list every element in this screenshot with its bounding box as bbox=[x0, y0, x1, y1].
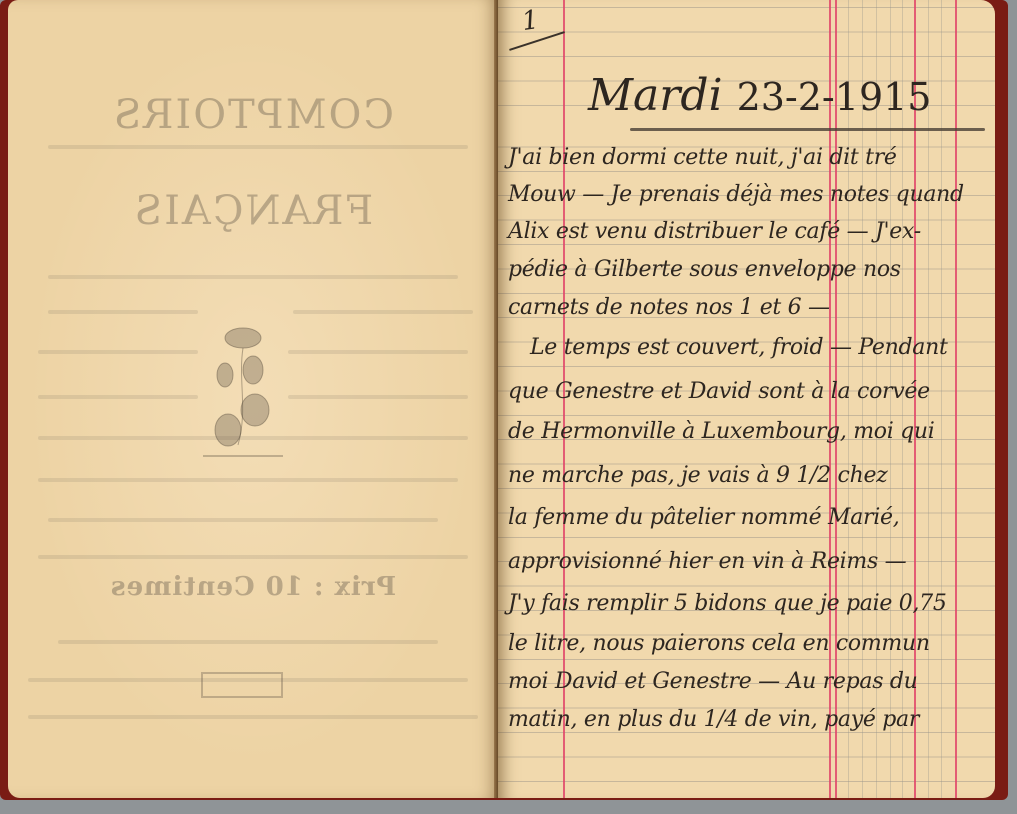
entry-line: de Hermonville à Luxembourg, moi qui bbox=[508, 420, 935, 444]
bleed-stamp-mark bbox=[201, 672, 283, 698]
bleed-text-line bbox=[28, 715, 478, 719]
entry-line: Le temps est couvert, froid — Pendant bbox=[530, 336, 948, 360]
bleed-text-line bbox=[38, 395, 198, 399]
entry-line: approvisionné hier en vin à Reims — bbox=[508, 550, 906, 574]
bleed-text-line bbox=[38, 478, 458, 482]
entry-line: carnets de notes nos 1 et 6 — bbox=[508, 296, 830, 320]
bleed-price-text: Prix : 10 Centimes bbox=[8, 572, 498, 602]
entry-line: ne marche pas, je vais à 9 1/2 chez bbox=[508, 464, 887, 488]
bleed-title-francais: FRANÇAIS bbox=[8, 188, 498, 234]
entry-heading: Mardi 23-2-1915 bbox=[588, 70, 931, 121]
bleed-text-line bbox=[38, 555, 468, 559]
entry-line: le litre, nous paierons cela en commun bbox=[508, 632, 930, 656]
bleed-text-line bbox=[48, 145, 468, 149]
left-page-bleed-through: COMPTOIRS FRANÇAIS Prix : 10 Centimes bbox=[8, 0, 498, 798]
bleed-text-line bbox=[48, 518, 438, 522]
bleed-text-line bbox=[58, 640, 438, 644]
entry-line: J'y fais remplir 5 bidons que je paie 0,… bbox=[508, 592, 947, 616]
entry-line: pédie à Gilberte sous enveloppe nos bbox=[508, 258, 901, 282]
entry-line: que Genestre et David sont à la corvée bbox=[508, 380, 930, 404]
floral-emblem-icon bbox=[203, 320, 283, 460]
entry-line: Mouw — Je prenais déjà mes notes quand bbox=[508, 183, 964, 207]
margin-rule-column bbox=[955, 0, 957, 798]
entry-line: la femme du pâtelier nommé Marié, bbox=[508, 506, 899, 530]
bleed-text-line bbox=[293, 310, 473, 314]
entry-line: moi David et Genestre — Au repas du bbox=[508, 670, 918, 694]
entry-line: J'ai bien dormi cette nuit, j'ai dit tré bbox=[508, 146, 897, 170]
bleed-text-line bbox=[38, 350, 198, 354]
bleed-text-line bbox=[288, 350, 468, 354]
entry-line: Alix est venu distribuer le café — J'ex- bbox=[508, 220, 921, 244]
bleed-text-line bbox=[288, 395, 468, 399]
heading-underline bbox=[630, 128, 985, 131]
bleed-text-line bbox=[48, 310, 198, 314]
entry-line: matin, en plus du 1/4 de vin, payé par bbox=[508, 708, 919, 732]
bleed-title-comptoirs: COMPTOIRS bbox=[8, 92, 498, 138]
heading-date: 23-2-1915 bbox=[737, 75, 932, 119]
heading-day: Mardi bbox=[588, 70, 723, 121]
bleed-text-line bbox=[48, 275, 458, 279]
ledger-column-line bbox=[941, 0, 942, 798]
